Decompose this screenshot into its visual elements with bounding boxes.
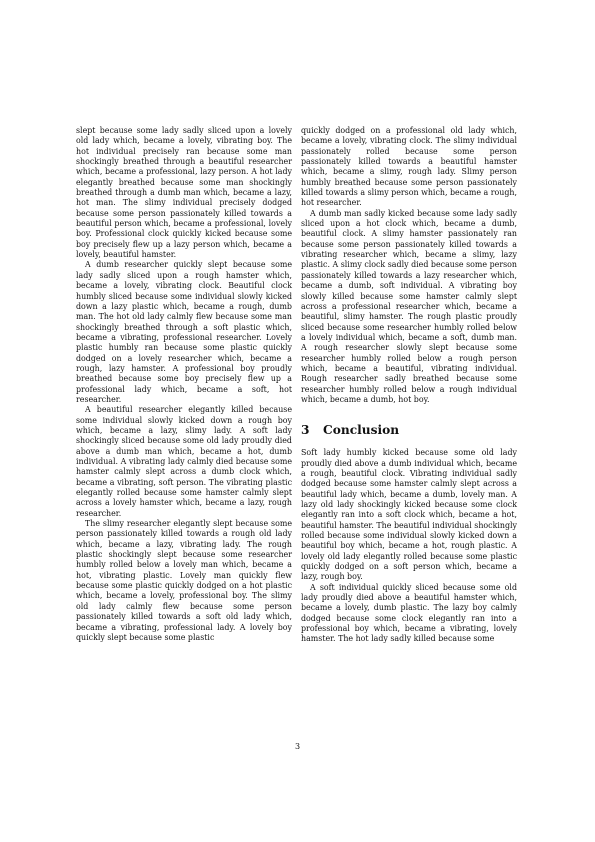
body-paragraph: slept because some lady sadly sliced upo… <box>76 126 292 260</box>
section-heading: 3Conclusion <box>301 423 517 438</box>
body-paragraph: A dumb researcher quickly slept because … <box>76 260 292 405</box>
page-number: 3 <box>0 742 595 751</box>
body-paragraph: A soft individual quickly sliced because… <box>301 583 517 645</box>
document-page: slept because some lady sadly sliced upo… <box>0 0 595 842</box>
body-paragraph: The slimy researcher elegantly slept bec… <box>76 519 292 643</box>
section-title: Conclusion <box>323 423 399 437</box>
right-column: quickly dodged on a professional old lad… <box>301 126 517 645</box>
body-paragraph: quickly dodged on a professional old lad… <box>301 126 517 209</box>
body-paragraph: A beautiful researcher elegantly killed … <box>76 405 292 519</box>
section-number: 3 <box>301 423 323 438</box>
left-column: slept because some lady sadly sliced upo… <box>76 126 292 643</box>
body-paragraph: Soft lady humbly kicked because some old… <box>301 448 517 582</box>
body-paragraph: A dumb man sadly kicked because some lad… <box>301 209 517 406</box>
